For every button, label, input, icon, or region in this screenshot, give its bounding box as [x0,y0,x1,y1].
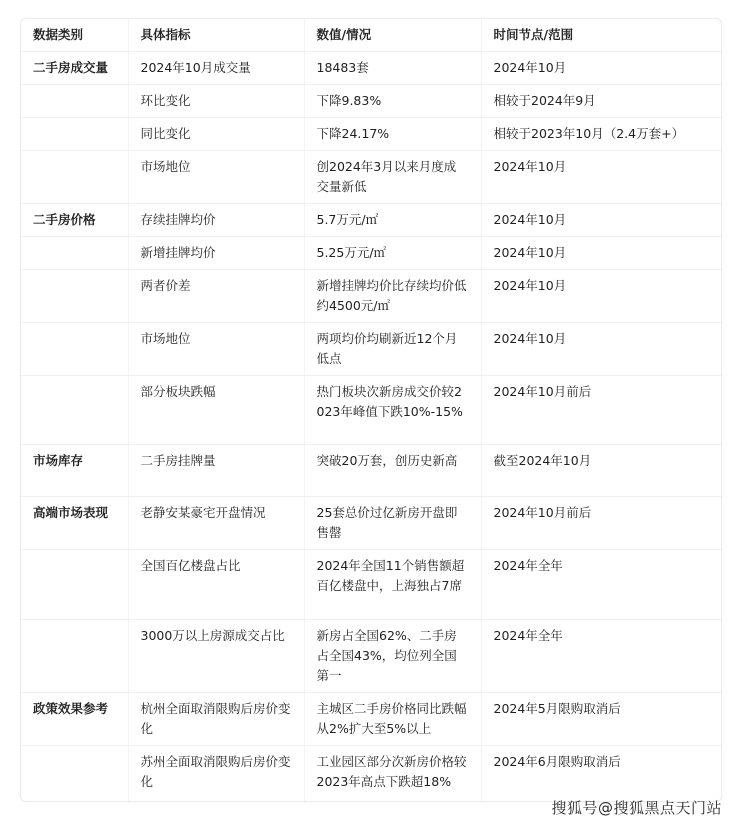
table-row: 环比变化下降9.83%相较于2024年9月 [21,85,721,118]
table-row: 高端市场表现老静安某豪宅开盘情况25套总价过亿新房开盘即售罄2024年10月前后 [21,497,721,550]
cell-time: 2024年10月 [481,151,721,204]
cell-value: 突破20万套，创历史新高 [304,445,481,497]
cell-category [21,746,128,803]
cell-indicator: 同比变化 [128,118,304,151]
cell-value: 创2024年3月以来月度成交量新低 [304,151,481,204]
cell-category: 市场库存 [21,445,128,497]
cell-value: 两项均价均刷新近12个月低点 [304,323,481,376]
cell-time: 2024年10月 [481,270,721,323]
cell-value: 热门板块次新房成交价较2023年峰值下跌10%-15% [304,376,481,445]
cell-time: 2024年6月限购取消后 [481,746,721,803]
cell-value: 下降24.17% [304,118,481,151]
cell-category: 二手房价格 [21,204,128,237]
cell-value: 主城区二手房价格同比跌幅从2%扩大至5%以上 [304,693,481,746]
cell-indicator: 2024年10月成交量 [128,52,304,85]
cell-category [21,550,128,620]
header-category: 数据类别 [21,19,128,52]
cell-indicator: 3000万以上房源成交占比 [128,620,304,693]
table-row: 政策效果参考杭州全面取消限购后房价变化主城区二手房价格同比跌幅从2%扩大至5%以… [21,693,721,746]
cell-value: 下降9.83% [304,85,481,118]
header-value: 数值/情况 [304,19,481,52]
cell-time: 2024年10月前后 [481,497,721,550]
cell-indicator: 环比变化 [128,85,304,118]
housing-market-table: 数据类别 具体指标 数值/情况 时间节点/范围 二手房成交量2024年10月成交… [21,19,721,802]
cell-time: 2024年10月 [481,323,721,376]
cell-time: 2024年全年 [481,550,721,620]
cell-indicator: 市场地位 [128,151,304,204]
table-row: 二手房成交量2024年10月成交量18483套2024年10月 [21,52,721,85]
cell-indicator: 新增挂牌均价 [128,237,304,270]
cell-value: 25套总价过亿新房开盘即售罄 [304,497,481,550]
table-row: 两者价差新增挂牌均价比存续均价低约4500元/㎡2024年10月 [21,270,721,323]
cell-category [21,376,128,445]
table-row: 市场地位创2024年3月以来月度成交量新低2024年10月 [21,151,721,204]
table-row: 同比变化下降24.17%相较于2023年10月（2.4万套+） [21,118,721,151]
cell-time: 2024年全年 [481,620,721,693]
cell-indicator: 两者价差 [128,270,304,323]
table-row: 部分板块跌幅热门板块次新房成交价较2023年峰值下跌10%-15%2024年10… [21,376,721,445]
header-indicator: 具体指标 [128,19,304,52]
cell-time: 2024年10月 [481,237,721,270]
cell-time: 相较于2023年10月（2.4万套+） [481,118,721,151]
table-header-row: 数据类别 具体指标 数值/情况 时间节点/范围 [21,19,721,52]
cell-category [21,85,128,118]
cell-category [21,620,128,693]
table-row: 3000万以上房源成交占比新房占全国62%、二手房占全国43%，均位列全国第一2… [21,620,721,693]
table-row: 全国百亿楼盘占比2024年全国11个销售额超百亿楼盘中，上海独占7席2024年全… [21,550,721,620]
cell-time: 相较于2024年9月 [481,85,721,118]
cell-category [21,151,128,204]
cell-time: 2024年10月 [481,52,721,85]
cell-indicator: 老静安某豪宅开盘情况 [128,497,304,550]
cell-time: 2024年10月前后 [481,376,721,445]
cell-value: 5.7万元/㎡ [304,204,481,237]
cell-value: 新房占全国62%、二手房占全国43%，均位列全国第一 [304,620,481,693]
cell-time: 截至2024年10月 [481,445,721,497]
cell-indicator: 存续挂牌均价 [128,204,304,237]
table-row: 市场库存二手房挂牌量突破20万套，创历史新高截至2024年10月 [21,445,721,497]
cell-indicator: 苏州全面取消限购后房价变化 [128,746,304,803]
cell-category: 政策效果参考 [21,693,128,746]
cell-value: 2024年全国11个销售额超百亿楼盘中，上海独占7席 [304,550,481,620]
cell-value: 5.25万元/㎡ [304,237,481,270]
cell-category [21,323,128,376]
table-row: 市场地位两项均价均刷新近12个月低点2024年10月 [21,323,721,376]
cell-category: 高端市场表现 [21,497,128,550]
cell-indicator: 部分板块跌幅 [128,376,304,445]
data-table-card: 数据类别 具体指标 数值/情况 时间节点/范围 二手房成交量2024年10月成交… [20,18,722,802]
cell-indicator: 二手房挂牌量 [128,445,304,497]
cell-category [21,270,128,323]
table-row: 新增挂牌均价5.25万元/㎡2024年10月 [21,237,721,270]
cell-indicator: 杭州全面取消限购后房价变化 [128,693,304,746]
table-row: 苏州全面取消限购后房价变化工业园区部分次新房价格较2023年高点下跌超18%20… [21,746,721,803]
cell-indicator: 市场地位 [128,323,304,376]
cell-category: 二手房成交量 [21,52,128,85]
watermark: 搜狐号@搜狐黑点天门站 [551,797,722,818]
cell-indicator: 全国百亿楼盘占比 [128,550,304,620]
header-time: 时间节点/范围 [481,19,721,52]
cell-time: 2024年5月限购取消后 [481,693,721,746]
cell-value: 18483套 [304,52,481,85]
cell-value: 工业园区部分次新房价格较2023年高点下跌超18% [304,746,481,803]
table-row: 二手房价格存续挂牌均价5.7万元/㎡2024年10月 [21,204,721,237]
cell-category [21,237,128,270]
cell-category [21,118,128,151]
cell-time: 2024年10月 [481,204,721,237]
cell-value: 新增挂牌均价比存续均价低约4500元/㎡ [304,270,481,323]
